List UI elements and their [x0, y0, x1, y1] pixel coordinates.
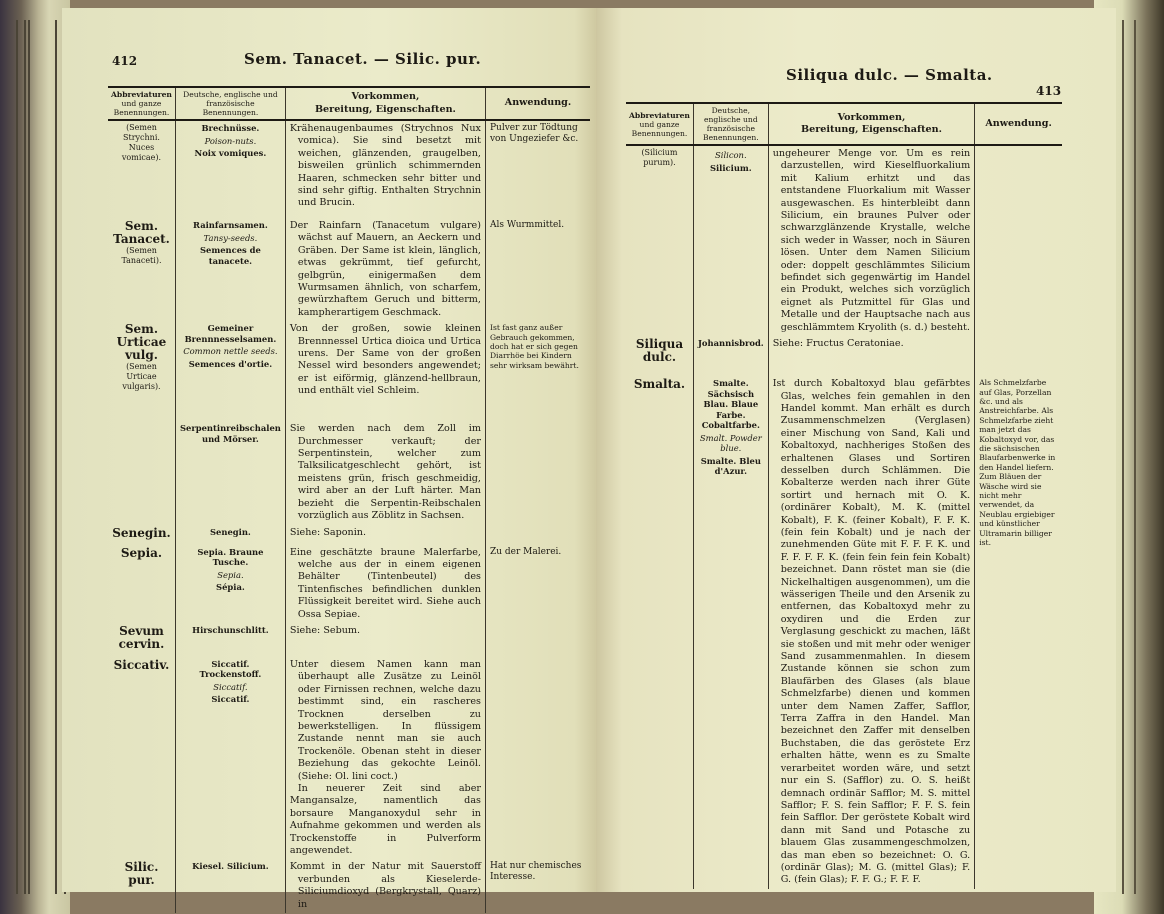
running-head: Siliqua dulc. — Smalta.: [786, 66, 993, 84]
names-cell: Gemeiner Brennnesselsamen.Common nettle …: [175, 321, 285, 421]
page-number: 412: [112, 54, 137, 68]
names-cell: Senegin.: [175, 525, 285, 545]
table-row: Siccativ. Siccatif. Trockenstoff.Siccati…: [108, 657, 590, 860]
description-cell: Siehe: Saponin.: [285, 525, 485, 545]
description-cell: Unter diesem Namen kann man überhaupt al…: [285, 657, 485, 860]
usage-cell: Als Wurmmittel.: [485, 218, 590, 321]
page-number: 413: [1036, 84, 1061, 98]
names-cell: Siccatif. Trockenstoff.Siccatif.Siccatif…: [175, 657, 285, 860]
usage-cell: [975, 145, 1062, 336]
abbr-cell: Sevum cervin.: [108, 623, 175, 657]
table-row: Smalta. Smalte. Sächsisch Blau. Blaue Fa…: [626, 376, 1062, 889]
abbr-cell: Siliqua dulc.: [626, 336, 693, 376]
book-left-page-edges: [0, 0, 70, 914]
description-cell: Ist durch Kobaltoxyd blau gefärbtes Glas…: [768, 376, 974, 889]
col-header-abbreviations: Abbreviaturenund ganze Benennungen.: [108, 87, 175, 120]
table-header-row: Abbreviaturenund ganze Benennungen. Deut…: [108, 87, 590, 120]
table-row: Silic. pur. Kiesel. Silicium. Kommt in d…: [108, 859, 590, 913]
abbr-cell: Silic. pur.: [108, 859, 175, 913]
description-cell: Siehe: Sebum.: [285, 623, 485, 657]
usage-cell: [485, 657, 590, 860]
names-cell: Johannisbrod.: [693, 336, 768, 376]
table-row: Senegin. Senegin. Siehe: Saponin.: [108, 525, 590, 545]
col-header-names: Deutsche, englische und französische Ben…: [175, 87, 285, 120]
table-row: Siliqua dulc. Johannisbrod. Siehe: Fruct…: [626, 336, 1062, 376]
names-cell: Sepia. Braune Tusche.Sepia.Sépia.: [175, 545, 285, 623]
table-row: Serpentinreibschalen und Mörser. Sie wer…: [108, 421, 590, 524]
entries-table: Abbreviaturenund ganze Benennungen. Deut…: [108, 86, 590, 913]
abbr-cell: Smalta.: [626, 376, 693, 889]
abbr-cell: Sepia.: [108, 545, 175, 623]
left-page: 412 Sem. Tanacet. — Silic. pur. Abbrevia…: [62, 8, 596, 892]
col-header-names: Deutsche, englische und französische Ben…: [693, 103, 768, 145]
col-header-usage: Anwendung.: [975, 103, 1062, 145]
table-row: (Silicium purum). Silicon.Silicium. unge…: [626, 145, 1062, 336]
right-page: Siliqua dulc. — Smalta. 413 Abbreviature…: [596, 8, 1116, 892]
usage-cell: Als Schmelzfarbe auf Glas, Porzellan &c.…: [975, 376, 1062, 889]
abbr-cell: Senegin.: [108, 525, 175, 545]
description-cell: Von der großen, sowie kleinen Brennnesse…: [285, 321, 485, 421]
abbr-cell: Sem. Tanacet.(Semen Tanaceti).: [108, 218, 175, 321]
table-row: Sevum cervin. Hirschunschlitt. Siehe: Se…: [108, 623, 590, 657]
usage-cell: [485, 421, 590, 524]
description-cell: Der Rainfarn (Tanacetum vulgare) wächst …: [285, 218, 485, 321]
usage-cell: Hat nur chemisches Interesse.: [485, 859, 590, 913]
col-header-description: Vorkommen,Bereitung, Eigenschaften.: [768, 103, 974, 145]
usage-cell: Zu der Malerei.: [485, 545, 590, 623]
abbr-cell: Sem. Urticae vulg.(Semen Urticae vulgari…: [108, 321, 175, 421]
table-row: Sepia. Sepia. Braune Tusche.Sepia.Sépia.…: [108, 545, 590, 623]
table-row: Sem. Urticae vulg.(Semen Urticae vulgari…: [108, 321, 590, 421]
abbr-cell: (Semen Strychni. Nuces vomicae).: [108, 120, 175, 218]
description-cell: Eine geschätzte braune Malerfarbe, welch…: [285, 545, 485, 623]
names-cell: Silicon.Silicium.: [693, 145, 768, 336]
names-cell: Smalte. Sächsisch Blau. Blaue Farbe. Cob…: [693, 376, 768, 889]
table-header-row: Abbreviaturenund ganze Benennungen. Deut…: [626, 103, 1062, 145]
page-edge-line: [1122, 20, 1124, 894]
col-header-abbreviations: Abbreviaturenund ganze Benennungen.: [626, 103, 693, 145]
description-cell: Siehe: Fructus Ceratoniae.: [768, 336, 974, 376]
page-edge-line: [55, 20, 57, 894]
names-cell: Kiesel. Silicium.: [175, 859, 285, 913]
names-cell: Rainfarnsamen.Tansy-seeds.Semences de ta…: [175, 218, 285, 321]
usage-cell: Ist fast ganz außer Gebrauch gekommen, d…: [485, 321, 590, 421]
col-header-description: Vorkommen,Bereitung, Eigenschaften.: [285, 87, 485, 120]
abbr-cell: Siccativ.: [108, 657, 175, 860]
description-cell: Kommt in der Natur mit Sauerstoff verbun…: [285, 859, 485, 913]
usage-cell: [975, 336, 1062, 376]
names-cell: Hirschunschlitt.: [175, 623, 285, 657]
entries-table: Abbreviaturenund ganze Benennungen. Deut…: [626, 102, 1062, 889]
page-edge-line: [28, 20, 30, 894]
table-row: (Semen Strychni. Nuces vomicae). Brechnü…: [108, 120, 590, 218]
page-edge-line: [1134, 20, 1136, 894]
running-head: Sem. Tanacet. — Silic. pur.: [244, 50, 481, 68]
page-edge-line: [24, 20, 26, 894]
page-edge-line: [16, 20, 18, 894]
table-row: Sem. Tanacet.(Semen Tanaceti). Rainfarns…: [108, 218, 590, 321]
description-cell: Sie werden nach dem Zoll im Durchmesser …: [285, 421, 485, 524]
usage-cell: [485, 623, 590, 657]
names-cell: Brechnüsse.Poison-nuts.Noix vomiques.: [175, 120, 285, 218]
names-cell: Serpentinreibschalen und Mörser.: [175, 421, 285, 524]
abbr-cell: (Silicium purum).: [626, 145, 693, 336]
col-header-usage: Anwendung.: [485, 87, 590, 120]
description-cell: ungeheurer Menge vor. Um es rein darzust…: [768, 145, 974, 336]
abbr-cell: [108, 421, 175, 524]
usage-cell: Pulver zur Tödtung von Ungeziefer &c.: [485, 120, 590, 218]
usage-cell: [485, 525, 590, 545]
description-cell: Krähenaugenbaumes (Strychnos Nux vomica)…: [285, 120, 485, 218]
